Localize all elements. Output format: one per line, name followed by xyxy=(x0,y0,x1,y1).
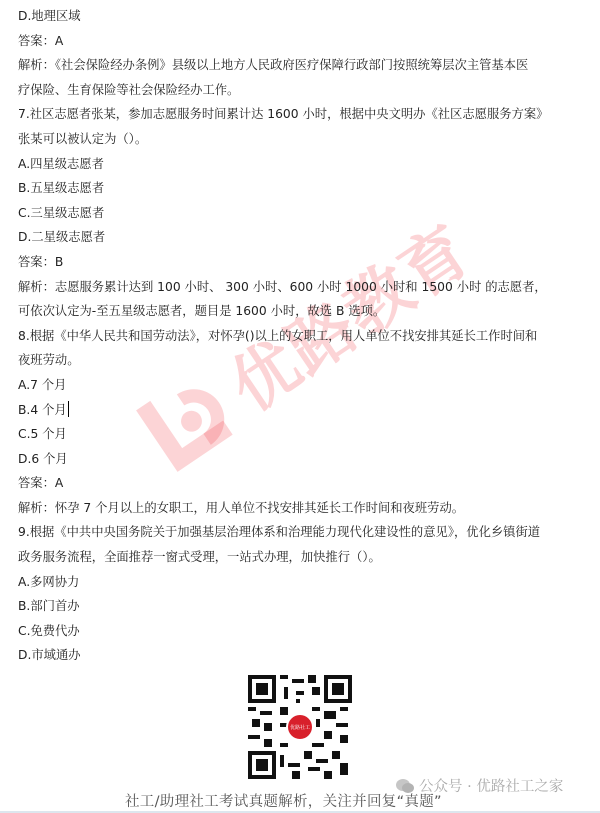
option-9b: B.部门首办 xyxy=(18,594,584,619)
footer-caption: 社工/助理社工考试真题解析，关注并回复“真题” xyxy=(125,790,442,811)
option-9c: C.免费代办 xyxy=(18,619,584,644)
option-7d: D.二星级志愿者 xyxy=(18,225,584,250)
answer-8: 答案：A xyxy=(18,471,584,496)
option-7a: A.四星级志愿者 xyxy=(18,152,584,177)
question-9: 9.根据《中共中央国务院关于加强基层治理体系和治理能力现代化建设性的意见》，优化… xyxy=(18,520,584,569)
option-7c: C.三星级志愿者 xyxy=(18,201,584,226)
option-8c: C.5 个月 xyxy=(18,422,584,447)
question-8: 8.根据《中华人民共和国劳动法》，对怀孕()以上的女职工，用人单位不找安排其延长… xyxy=(18,324,584,373)
analysis-6: 解析：《社会保险经办条例》县级以上地方人民政府医疗保障行政部门按照统筹层次主管基… xyxy=(18,53,584,102)
analysis-8: 解析：怀孕 7 个月以上的女职工，用人单位不找安排其延长工作时间和夜班劳动。 xyxy=(18,496,584,521)
option-6d: D.地理区域 xyxy=(18,4,584,29)
qr-code[interactable]: 优路社工 xyxy=(248,675,352,779)
option-9a: A.多网协力 xyxy=(18,570,584,595)
question-7: 7.社区志愿者张某，参加志愿服务时间累计达 1600 小时，根据中央文明办《社区… xyxy=(18,102,584,151)
option-8d: D.6 个月 xyxy=(18,447,584,472)
option-8b[interactable]: B.4 个月 xyxy=(18,398,584,423)
option-8a: A.7 个月 xyxy=(18,373,584,398)
qr-center-logo: 优路社工 xyxy=(286,713,314,741)
document-body: D.地理区域 答案：A 解析：《社会保险经办条例》县级以上地方人民政府医疗保障行… xyxy=(18,4,584,668)
answer-6: 答案：A xyxy=(18,29,584,54)
answer-7: 答案：B xyxy=(18,250,584,275)
text-cursor xyxy=(68,401,70,417)
analysis-7: 解析：志愿服务累计达到 100 小时、 300 小时、600 小时 1000 小… xyxy=(18,275,584,324)
option-7b: B.五星级志愿者 xyxy=(18,176,584,201)
option-9d: D.市域通办 xyxy=(18,643,584,668)
